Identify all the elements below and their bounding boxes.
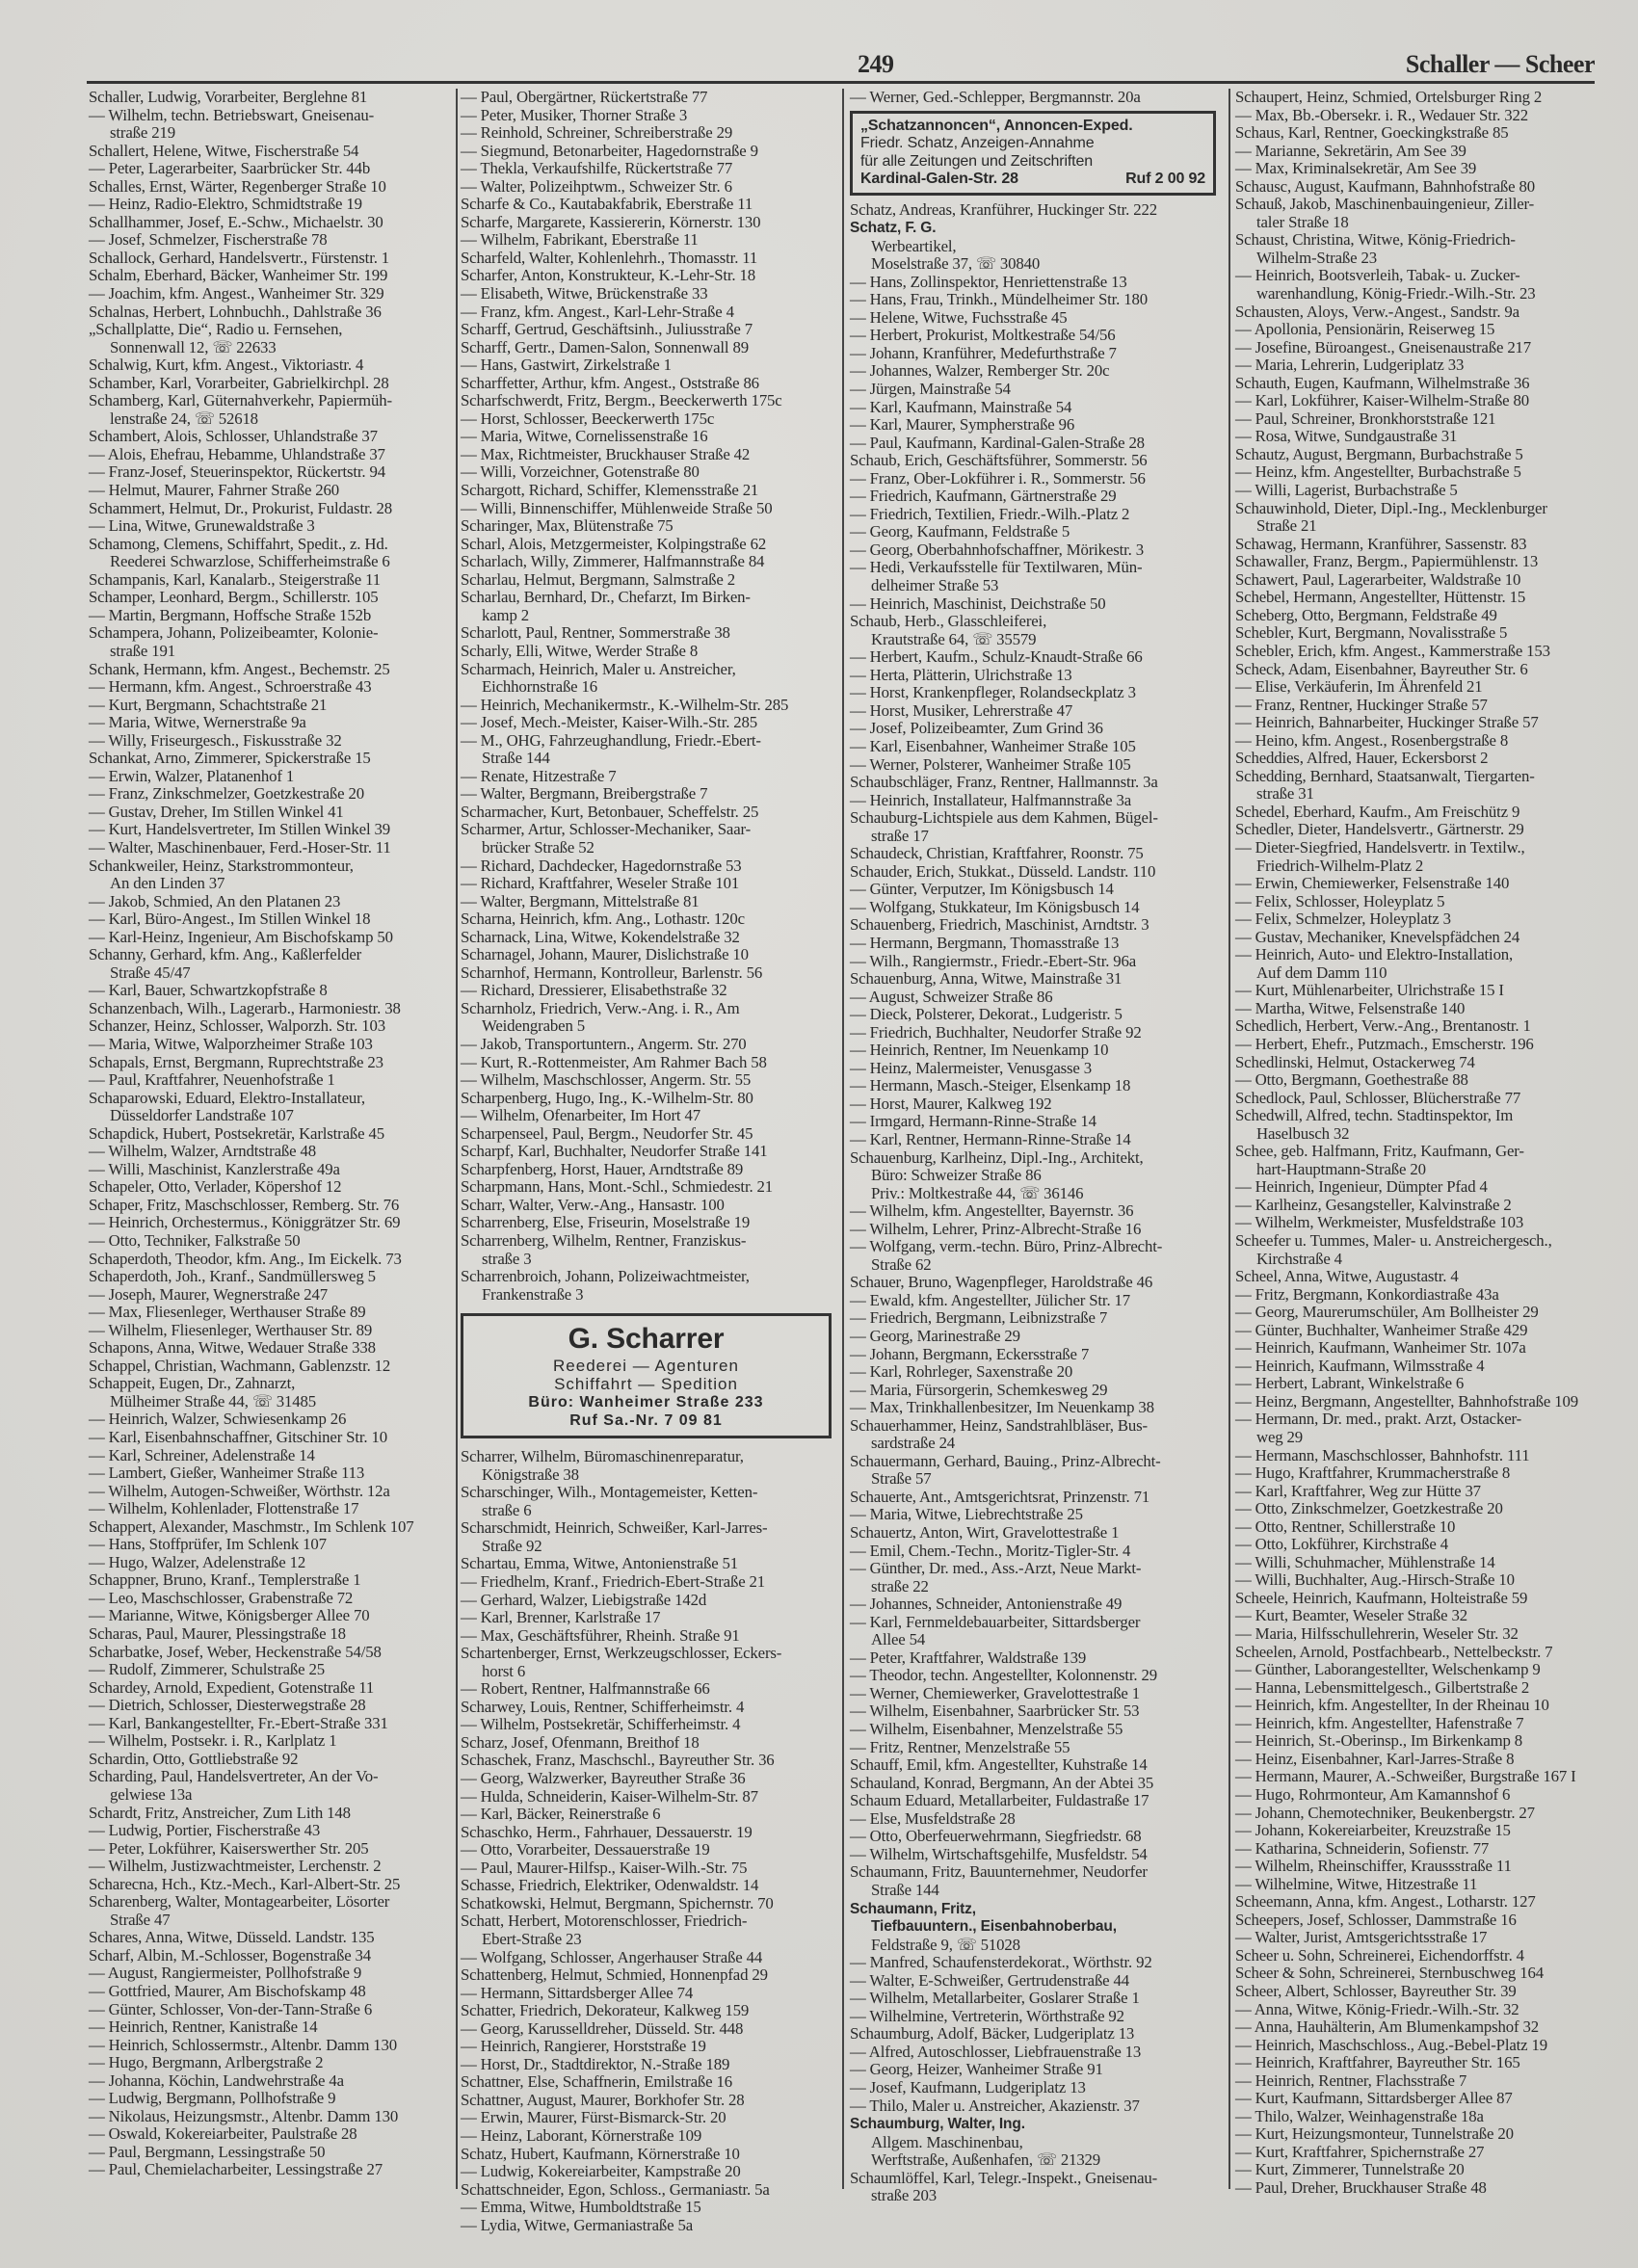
- directory-entry: — Franz, Rentner, Huckinger Straße 57: [1235, 697, 1606, 715]
- entry-text: — Willi, Lagerist, Burbachstraße 5: [1235, 481, 1458, 499]
- directory-entry: — Wilhelm, Postsekretär, Schifferheimstr…: [461, 1716, 832, 1734]
- directory-entry: Schawert, Paul, Lagerarbeiter, Waldstraß…: [1235, 571, 1606, 590]
- entry-text: — Max, Geschäftsführer, Rheinh. Straße 9…: [461, 1626, 740, 1645]
- column-4: Schaupert, Heinz, Schmied, Ortelsburger …: [1235, 89, 1606, 2198]
- directory-entry: — Rosa, Witwe, Sundgaustraße 31: [1235, 428, 1606, 446]
- directory-entry: Scheepers, Josef, Schlosser, Dammstraße …: [1235, 1912, 1606, 1930]
- directory-entry: Schamberg, Karl, Güternahverkehr, Papier…: [89, 392, 460, 428]
- directory-entry: — Fritz, Bergmann, Konkordiastraße 43a: [1235, 1286, 1606, 1305]
- directory-entry: — Heinz, Eisenbahner, Karl-Jarres-Straße…: [1235, 1751, 1606, 1769]
- directory-entry: — Wilhelm, kfm. Angestellter, Bayernstr.…: [850, 1202, 1216, 1221]
- directory-entry: — Hugo, Kraftfahrer, Krummacherstraße 8: [1235, 1464, 1606, 1483]
- entry-text: — Otto, Techniker, Falkstraße 50: [89, 1231, 301, 1250]
- entry-text: — Maria, Fürsorgerin, Schemkesweg 29: [850, 1381, 1107, 1399]
- entry-text: — Karl, Lokführer, Kaiser-Wilhelm-Straße…: [1235, 391, 1529, 409]
- entry-text: — Kurt, Kraftfahrer, Spichernstraße 27: [1235, 2143, 1484, 2161]
- directory-entry: — Horst, Maurer, Kalkweg 192: [850, 1095, 1216, 1114]
- entry-text: Schamper, Leonhard, Bergm., Schillerstr.…: [89, 588, 378, 606]
- entry-continuation: Allee 54: [850, 1631, 1216, 1649]
- entry-text: — Wilhelm, Eisenbahner, Saarbrücker Str.…: [850, 1701, 1139, 1720]
- directory-entry: Scheberg, Otto, Bergmann, Feldstraße 49: [1235, 607, 1606, 625]
- entry-text: Scharecna, Hch., Ktz.-Mech., Karl-Albert…: [89, 1875, 400, 1893]
- directory-entry: Schedlich, Herbert, Verw.-Ang., Brentano…: [1235, 1017, 1606, 1036]
- directory-entry: — Josef, Polizeibeamter, Zum Grind 36: [850, 720, 1216, 738]
- directory-entry: — Max, Richtmeister, Bruckhauser Straße …: [461, 446, 832, 464]
- entry-continuation: Sonnenwall 12, ☏ 22633: [89, 339, 460, 357]
- entry-text: Scharrer, Wilhelm, Büromaschinenreparatu…: [461, 1447, 744, 1465]
- directory-entry: — Wilhelm, Walzer, Arndtstraße 48: [89, 1143, 460, 1161]
- entry-text: Scharff, Gertr., Damen-Salon, Sonnenwall…: [461, 338, 749, 356]
- directory-entry: Schapons, Anna, Witwe, Wedauer Straße 33…: [89, 1339, 460, 1358]
- directory-entry-highlighted: Schatz, F. G.Werbeartikel,Moselstraße 37…: [850, 219, 1216, 274]
- entry-text: — August, Schweizer Straße 86: [850, 988, 1053, 1006]
- entry-text: — Paul, Chemielacharbeiter, Lessingstraß…: [89, 2160, 383, 2178]
- entry-text: — Josefine, Büroangest., Gneisenaustraße…: [1235, 338, 1531, 356]
- entry-text: — Theodor, techn. Angestellter, Kolonnen…: [850, 1666, 1157, 1684]
- entry-text: — Herbert, Ehefr., Putzmach., Emscherstr…: [1235, 1035, 1534, 1053]
- entry-text: Schauwinhold, Dieter, Dipl.-Ing., Meckle…: [1235, 499, 1547, 517]
- entry-text: Scheemann, Anna, kfm. Angest., Lotharstr…: [1235, 1892, 1536, 1911]
- entry-text: — Paul, Kaufmann, Kardinal-Galen-Straße …: [850, 434, 1145, 452]
- entry-continuation: Krautstraße 64, ☏ 35579: [850, 631, 1216, 649]
- directory-entry: — Maria, Witwe, Cornelissenstraße 16: [461, 428, 832, 446]
- directory-entry: — Joachim, kfm. Angest., Wanheimer Str. …: [89, 285, 460, 303]
- entry-text: — Helmut, Maurer, Fahrner Straße 260: [89, 481, 339, 499]
- directory-entry: Scharrenberg, Else, Friseurin, Moselstra…: [461, 1214, 832, 1232]
- entry-text: — Gerhard, Walzer, Liebigstraße 142d: [461, 1591, 706, 1609]
- entry-text: — Hermann, Maurer, A.-Schweißer, Burgstr…: [1235, 1767, 1576, 1785]
- directory-entry: Schaupert, Heinz, Schmied, Ortelsburger …: [1235, 89, 1606, 107]
- directory-entry: — Otto, Zinkschmelzer, Goetzkestraße 20: [1235, 1500, 1606, 1518]
- entry-text: Schappel, Christian, Wachmann, Gablenzst…: [89, 1357, 390, 1375]
- entry-text: — Kurt, Mühlenarbeiter, Ulrichstraße 15 …: [1235, 981, 1504, 999]
- entry-text: Scharmach, Heinrich, Maler u. Anstreiche…: [461, 660, 736, 678]
- directory-entry: Schankweiler, Heinz, Starkstrommonteur,A…: [89, 857, 460, 893]
- entry-text: Scharinger, Max, Blütenstraße 75: [461, 516, 674, 535]
- entry-text: Schaperdoth, Joh., Kranf., Sandmüllerswe…: [89, 1267, 376, 1285]
- directory-entry: — Paul, Dreher, Bruckhauser Straße 48: [1235, 2179, 1606, 2198]
- directory-entry: Schardt, Fritz, Anstreicher, Zum Lith 14…: [89, 1805, 460, 1823]
- entry-text: — Johanna, Köchin, Landwehrstraße 4a: [89, 2071, 344, 2090]
- directory-entry: Scheck, Adam, Eisenbahner, Bayreuther St…: [1235, 661, 1606, 679]
- directory-entry: Schamber, Karl, Vorarbeiter, Gabrielkirc…: [89, 375, 460, 393]
- entry-text: — Kurt, R.-Rottenmeister, Am Rahmer Bach…: [461, 1053, 767, 1071]
- entry-text: — Georg, Heizer, Wanheimer Straße 91: [850, 2060, 1103, 2078]
- header-rule: [87, 81, 1595, 84]
- directory-entry: — Günther, Dr. med., Ass.-Arzt, Neue Mar…: [850, 1560, 1216, 1596]
- directory-entry: Scharpf, Karl, Buchhalter, Neudorfer Str…: [461, 1143, 832, 1161]
- entry-text: — Thilo, Maler u. Anstreicher, Akazienst…: [850, 2097, 1140, 2115]
- entry-text: Schedlock, Paul, Schlosser, Blücherstraß…: [1235, 1089, 1520, 1107]
- entry-text: — Otto, Bergmann, Goethestraße 88: [1235, 1070, 1468, 1089]
- directory-entry: — Franz, Ober-Lokführer i. R., Sommerstr…: [850, 470, 1216, 488]
- entry-text: — Wilhelm, Autogen-Schweißer, Wörthstr. …: [89, 1482, 390, 1500]
- directory-entry: — Karl, Brenner, Karlstraße 17: [461, 1609, 832, 1627]
- directory-entry: — Wilhelm, Fliesenleger, Werthauser Str.…: [89, 1322, 460, 1340]
- directory-entry: Schee, geb. Halfmann, Fritz, Kaufmann, G…: [1235, 1143, 1606, 1178]
- directory-entry: Scharnhof, Hermann, Kontrolleur, Barlens…: [461, 964, 832, 983]
- entry-text: — Ludwig, Portier, Fischerstraße 43: [89, 1821, 320, 1839]
- entry-text: — Jürgen, Mainstraße 54: [850, 380, 1011, 398]
- directory-entry: — Wilhelm, Lehrer, Prinz-Albrecht-Straße…: [850, 1221, 1216, 1239]
- entry-text: Schauth, Eugen, Kaufmann, Wilhelmstraße …: [1235, 374, 1529, 392]
- entry-text: — Wilhelm, Metallarbeiter, Goslarer Stra…: [850, 1989, 1140, 2007]
- directory-entry: — Friedrich, Textilien, Friedr.-Wilh.-Pl…: [850, 506, 1216, 524]
- entry-continuation: Straße 21: [1235, 517, 1606, 536]
- entry-text: — Wilhelm, Eisenbahner, Menzelstraße 55: [850, 1720, 1123, 1738]
- entry-text: Scharfschwerdt, Fritz, Bergm., Beeckerwe…: [461, 391, 782, 409]
- entry-text: Schallert, Helene, Witwe, Fischerstraße …: [89, 142, 358, 160]
- entry-continuation: Ebert-Straße 23: [461, 1931, 832, 1949]
- directory-entry: — Otto, Vorarbeiter, Dessauerstraße 19: [461, 1841, 832, 1859]
- entry-text: Schardin, Otto, Gottliebstraße 92: [89, 1750, 298, 1768]
- directory-entry: Scharfschwerdt, Fritz, Bergm., Beeckerwe…: [461, 392, 832, 410]
- entry-text: Schaumlöffel, Karl, Telegr.-Inspekt., Gn…: [850, 2169, 1157, 2187]
- directory-entry: — Horst, Schlosser, Beeckerwerth 175c: [461, 410, 832, 429]
- entry-text: Schedding, Bernhard, Staatsanwalt, Tierg…: [1235, 767, 1535, 785]
- entry-text: — Herta, Plätterin, Ulrichstraße 13: [850, 666, 1072, 684]
- directory-entry: Schedwill, Alfred, techn. Stadtinspektor…: [1235, 1107, 1606, 1143]
- directory-entry: — Maria, Witwe, Wernerstraße 9a: [89, 714, 460, 732]
- directory-entry: — Reinhold, Schreiner, Schreiberstraße 2…: [461, 124, 832, 143]
- directory-entry: — Renate, Hitzestraße 7: [461, 768, 832, 786]
- entry-text: Schattschneider, Egon, Schloss., Germani…: [461, 2180, 770, 2199]
- entry-text: Scharz, Josef, Ofenmann, Breithof 18: [461, 1733, 700, 1752]
- directory-entry: Scharlau, Bernhard, Dr., Chefarzt, Im Bi…: [461, 589, 832, 624]
- entry-text: Scharlau, Bernhard, Dr., Chefarzt, Im Bi…: [461, 588, 751, 606]
- entry-text: Scharpmann, Hans, Mont.-Schl., Schmiedes…: [461, 1177, 773, 1196]
- entry-text: — Joachim, kfm. Angest., Wanheimer Str. …: [89, 284, 384, 303]
- entry-text: — Karl, Büro-Angest., Im Stillen Winkel …: [89, 910, 370, 928]
- entry-text: — Kurt, Kaufmann, Sittardsberger Allee 8…: [1235, 2089, 1513, 2107]
- entry-text: — Wilhelm, techn. Betriebswart, Gneisena…: [89, 106, 374, 124]
- entry-text: Schedlich, Herbert, Verw.-Ang., Brentano…: [1235, 1016, 1531, 1035]
- entry-text: Schauerhammer, Heinz, Sandstrahlbläser, …: [850, 1416, 1148, 1435]
- entry-text: — Fritz, Bergmann, Konkordiastraße 43a: [1235, 1285, 1499, 1304]
- entry-text: Schauß, Jakob, Maschinenbauingenieur, Zi…: [1235, 195, 1534, 213]
- entry-text: Scharwey, Louis, Rentner, Schifferheimst…: [461, 1698, 744, 1716]
- directory-entry: — Erwin, Walzer, Platanenhof 1: [89, 768, 460, 786]
- directory-entry: Schauenburg, Anna, Witwe, Mainstraße 31: [850, 970, 1216, 989]
- entry-text: Scharlach, Willy, Zimmerer, Halfmannstra…: [461, 552, 764, 570]
- entry-continuation: Straße 144: [461, 750, 832, 768]
- entry-text: Scharmer, Artur, Schlosser-Mechaniker, S…: [461, 820, 751, 838]
- entry-text: Scharas, Paul, Maurer, Plessingstraße 18: [89, 1624, 346, 1643]
- directory-entry: Scharff, Gertrud, Geschäftsinh., Juliuss…: [461, 321, 832, 339]
- entry-text: Schalm, Eberhard, Bäcker, Wanheimer Str.…: [89, 266, 387, 284]
- entry-text: — Hedi, Verkaufsstelle für Textilwaren, …: [850, 558, 1142, 576]
- entry-text: Scharmacher, Kurt, Betonbauer, Scheffels…: [461, 803, 758, 821]
- directory-entry: — Wilhelm, Eisenbahner, Saarbrücker Str.…: [850, 1702, 1216, 1721]
- entry-text: — Herbert, Kaufm., Schulz-Knaudt-Straße …: [850, 647, 1143, 666]
- directory-entry: Scharrer, Wilhelm, Büromaschinenreparatu…: [461, 1448, 832, 1484]
- directory-entry: Scharinger, Max, Blütenstraße 75: [461, 517, 832, 536]
- directory-entry: — Emma, Witwe, Humboldtstraße 15: [461, 2199, 832, 2217]
- entry-continuation: Auf dem Damm 110: [1235, 964, 1606, 983]
- directory-entry: — Hans, Zollinspektor, Henriettenstraße …: [850, 274, 1216, 292]
- directory-entry: — Peter, Musiker, Thorner Straße 3: [461, 107, 832, 125]
- directory-entry: Schappert, Alexander, Maschmstr., Im Sch…: [89, 1518, 460, 1537]
- directory-entry: Schank, Hermann, kfm. Angest., Bechemstr…: [89, 661, 460, 679]
- directory-entry: — Karl, Eisenbahnschaffner, Gitschiner S…: [89, 1429, 460, 1447]
- directory-entry: — Friedrich, Kaufmann, Gärtnerstraße 29: [850, 488, 1216, 506]
- entry-continuation: hart-Hauptmann-Straße 20: [1235, 1161, 1606, 1179]
- entry-text: Schaudeck, Christian, Kraftfahrer, Roons…: [850, 844, 1144, 862]
- column-1: Schaller, Ludwig, Vorarbeiter, Berglehne…: [89, 89, 460, 2179]
- directory-entry: — M., OHG, Fahrzeughandlung, Friedr.-Ebe…: [461, 732, 832, 768]
- entry-text: — Hermann, kfm. Angest., Schroerstraße 4…: [89, 677, 372, 696]
- entry-text: — Franz, kfm. Angest., Karl-Lehr-Straße …: [461, 303, 734, 321]
- entry-text: — Hans, Stoffprüfer, Im Schlenk 107: [89, 1535, 327, 1553]
- entry-text: — Heinrich, Bootsverleih, Tabak- u. Zuck…: [1235, 266, 1520, 284]
- entry-text: — Maria, Hilfsschullehrerin, Weseler Str…: [1235, 1624, 1519, 1643]
- entry-text: — Otto, Lokführer, Kirchstraße 4: [1235, 1535, 1448, 1553]
- directory-entry: — Wilhelm, Ofenarbeiter, Im Hort 47: [461, 1107, 832, 1125]
- entry-text: — Jakob, Transportuntern., Angerm. Str. …: [461, 1035, 747, 1053]
- entry-text: — Karl, Bäcker, Reinerstraße 6: [461, 1805, 660, 1823]
- entry-text: — Kurt, Bergmann, Schachtstraße 21: [89, 696, 327, 714]
- entry-text: — Else, Musfeldstraße 28: [850, 1809, 1016, 1828]
- entry-text: — Marianne, Sekretärin, Am See 39: [1235, 142, 1466, 160]
- entry-text: — Wilhelm, Rheinschiffer, Kraussstraße 1…: [1235, 1857, 1512, 1875]
- directory-entry: — Richard, Dachdecker, Hagedornstraße 53: [461, 857, 832, 876]
- entry-text: — Wilhelmine, Vertreterin, Wörthstraße 9…: [850, 2007, 1124, 2025]
- directory-entry: Schauwinhold, Dieter, Dipl.-Ing., Meckle…: [1235, 500, 1606, 536]
- entry-text: — Wilhelm, Walzer, Arndtstraße 48: [89, 1142, 316, 1160]
- directory-entry: „Schallplatte, Die“, Radio u. Fernsehen,…: [89, 321, 460, 356]
- directory-entry: — Josef, Mech.-Meister, Kaiser-Wilh.-Str…: [461, 714, 832, 732]
- directory-entry: Scharna, Heinrich, kfm. Ang., Lothastr. …: [461, 910, 832, 929]
- entry-continuation: Straße 57: [850, 1470, 1216, 1489]
- entry-text: — Rudolf, Zimmerer, Schulstraße 25: [89, 1660, 325, 1678]
- entry-text: — Heinrich, St.-Oberinsp., Im Birkenkamp…: [1235, 1731, 1522, 1750]
- entry-text: Schebel, Hermann, Angestellter, Hüttenst…: [1235, 588, 1525, 606]
- directory-entry: — Wilhelm, Postsekr. i. R., Karlplatz 1: [89, 1732, 460, 1751]
- directory-entry: Scheddies, Alfred, Hauer, Eckersborst 2: [1235, 750, 1606, 768]
- entry-text: Scheefer u. Tummes, Maler- u. Anstreiche…: [1235, 1231, 1552, 1250]
- directory-entry: Schamper, Leonhard, Bergm., Schillerstr.…: [89, 589, 460, 607]
- directory-entry: — Helene, Witwe, Fuchsstraße 45: [850, 309, 1216, 328]
- entry-text: Scharschmidt, Heinrich, Schweißer, Karl-…: [461, 1518, 767, 1537]
- entry-text: — Heinz, Malermeister, Venusgasse 3: [850, 1059, 1092, 1077]
- entry-text: — Joseph, Maurer, Wegnerstraße 247: [89, 1285, 328, 1304]
- entry-text: — Peter, Lagerarbeiter, Saarbrücker Str.…: [89, 159, 370, 177]
- directory-entry: — Günther, Laborangestellter, Welschenka…: [1235, 1661, 1606, 1679]
- entry-text: — Wilhelm, kfm. Angestellter, Bayernstr.…: [850, 1201, 1133, 1220]
- directory-entry: Scheelen, Arnold, Postfachbearb., Nettel…: [1235, 1644, 1606, 1662]
- directory-entry: — Wilhelm, Autogen-Schweißer, Wörthstr. …: [89, 1483, 460, 1501]
- directory-entry: Schattenberg, Helmut, Schmied, Honnenpfa…: [461, 1966, 832, 1985]
- entry-text: — Peter, Kraftfahrer, Waldstraße 139: [850, 1648, 1086, 1667]
- directory-entry: Schaum Eduard, Metallarbeiter, Fuldastra…: [850, 1792, 1216, 1810]
- directory-entry: — Paul, Kraftfahrer, Neuenhofstraße 1: [89, 1071, 460, 1090]
- directory-entry: — Elisabeth, Witwe, Brückenstraße 33: [461, 285, 832, 303]
- entry-continuation: Werftstraße, Außenhafen, ☏ 21329: [850, 2151, 1216, 2170]
- entry-continuation: Düsseldorfer Landstraße 107: [89, 1107, 460, 1125]
- directory-entry: Scharrenberg, Wilhelm, Rentner, Franzisk…: [461, 1232, 832, 1268]
- directory-entry: — Irmgard, Hermann-Rinne-Straße 14: [850, 1113, 1216, 1131]
- entry-text: Schatkowski, Helmut, Bergmann, Spicherns…: [461, 1894, 774, 1912]
- directory-entry: Scharfe & Co., Kautabakfabrik, Eberstraß…: [461, 196, 832, 214]
- entry-text: — Maria, Witwe, Cornelissenstraße 16: [461, 427, 707, 445]
- directory-entry: Scharmacher, Kurt, Betonbauer, Scheffels…: [461, 804, 832, 822]
- entry-text: — Wilhelm, Werkmeister, Musfeldstraße 10…: [1235, 1213, 1523, 1231]
- ad-line: Friedr. Schatz, Anzeigen-Annahme: [860, 135, 1205, 153]
- directory-entry: — Paul, Bergmann, Lessingstraße 50: [89, 2144, 460, 2162]
- entry-text: — Max, Fliesenleger, Werthauser Straße 8…: [89, 1303, 365, 1321]
- entry-text: Scharnack, Lina, Witwe, Kokendelstraße 3…: [461, 928, 740, 946]
- entry-text: — Heinrich, Rentner, Im Neuenkamp 10: [850, 1041, 1108, 1059]
- directory-entry: Schaubschläger, Franz, Rentner, Hallmann…: [850, 774, 1216, 792]
- entry-text: Schaupert, Heinz, Schmied, Ortelsburger …: [1235, 88, 1542, 106]
- entry-text: Schaust, Christina, Witwe, König-Friedri…: [1235, 230, 1516, 249]
- entry-continuation: brücker Straße 52: [461, 839, 832, 857]
- directory-entry: Scharffetter, Arthur, kfm. Angest., Osts…: [461, 375, 832, 393]
- directory-entry: — Hugo, Rohrmonteur, Am Kamannshof 6: [1235, 1786, 1606, 1805]
- directory-entry: — Heinz, Bergmann, Angestellter, Bahnhof…: [1235, 1393, 1606, 1411]
- entry-text: Scharnholz, Friedrich, Verw.-Ang. i. R.,…: [461, 999, 740, 1017]
- entry-text: — Karl, Bankangestellter, Fr.-Ebert-Stra…: [89, 1714, 388, 1732]
- entry-text: — Wilhelm, Postsekr. i. R., Karlplatz 1: [89, 1731, 336, 1750]
- entry-text: Schee, geb. Halfmann, Fritz, Kaufmann, G…: [1235, 1142, 1524, 1160]
- entry-text: — Gustav, Mechaniker, Knevelspfädchen 24: [1235, 928, 1519, 946]
- entry-continuation: Büro: Schweizer Straße 86: [850, 1167, 1216, 1185]
- directory-entry: Schebel, Hermann, Angestellter, Hüttenst…: [1235, 589, 1606, 607]
- entry-text: — Karl, Fernmeldebauarbeiter, Sittardsbe…: [850, 1613, 1140, 1631]
- directory-entry: — Georg, Walzwerker, Bayreuther Straße 3…: [461, 1770, 832, 1788]
- directory-entry: — Walter, Jurist, Amtsgerichtsstraße 17: [1235, 1929, 1606, 1947]
- entry-text: — Werner, Chemiewerker, Gravelottestraße…: [850, 1684, 1140, 1702]
- directory-entry: Scharr, Walter, Verw.-Ang., Hansastr. 10…: [461, 1197, 832, 1215]
- entry-text: — Erwin, Chemiewerker, Felsenstraße 140: [1235, 874, 1509, 892]
- directory-entry: Scharecna, Hch., Ktz.-Mech., Karl-Albert…: [89, 1876, 460, 1894]
- directory-page: 249 Schaller — Scheer Schaller, Ludwig, …: [0, 0, 1638, 2268]
- entry-text: — Dietrich, Schlosser, Diesterwegstraße …: [89, 1696, 366, 1714]
- entry-text: — Apollonia, Pensionärin, Reiserweg 15: [1235, 320, 1494, 338]
- directory-entry: — Willi, Binnenschiffer, Mühlenweide Str…: [461, 500, 832, 518]
- entry-text: — Heinrich, Rentner, Kanistraße 14: [89, 2017, 317, 2036]
- entry-text: — Karl, Kaufmann, Mainstraße 54: [850, 398, 1071, 416]
- directory-entry: — Ludwig, Portier, Fischerstraße 43: [89, 1822, 460, 1840]
- entry-text: — Heino, kfm. Angest., Rosenbergstraße 8: [1235, 731, 1508, 750]
- entry-text: — Richard, Kraftfahrer, Weseler Straße 1…: [461, 874, 739, 892]
- entry-text: Scharlau, Helmut, Bergmann, Salmstraße 2: [461, 570, 735, 589]
- entry-text: Schank, Hermann, kfm. Angest., Bechemstr…: [89, 660, 390, 678]
- directory-entry: — Kurt, Mühlenarbeiter, Ulrichstraße 15 …: [1235, 982, 1606, 1000]
- entry-text: Scharf, Albin, M.-Schlosser, Bogenstraße…: [89, 1946, 371, 1965]
- directory-entry: — Martin, Bergmann, Hoffsche Straße 152b: [89, 607, 460, 625]
- directory-entry: — Gottfried, Maurer, Am Bischofskamp 48: [89, 1983, 460, 2001]
- entry-text: Scharrenberg, Wilhelm, Rentner, Franzisk…: [461, 1231, 746, 1250]
- directory-entry: — Josef, Schmelzer, Fischerstraße 78: [89, 231, 460, 250]
- entry-text: — Erwin, Maurer, Fürst-Bismarck-Str. 20: [461, 2108, 726, 2126]
- directory-entry: Schauer, Bruno, Wagenpfleger, Haroldstra…: [850, 1274, 1216, 1292]
- directory-entry: Scharlott, Paul, Rentner, Sommerstraße 3…: [461, 624, 832, 643]
- column-3: — Werner, Ged.-Schlepper, Bergmannstr. 2…: [850, 89, 1216, 2205]
- entry-text: — Heinrich, Mechanikermstr., K.-Wilhelm-…: [461, 696, 788, 714]
- entry-text: Scheberg, Otto, Bergmann, Feldstraße 49: [1235, 606, 1497, 624]
- entry-continuation: Wilhelm-Straße 23: [1235, 250, 1606, 268]
- entry-text: — Georg, Maurerumschüler, Am Bollheister…: [1235, 1303, 1539, 1321]
- entry-text: — Willi, Buchhalter, Aug.-Hirsch-Straße …: [1235, 1570, 1515, 1589]
- directory-entry: — Heinrich, Installateur, Halfmannstraße…: [850, 792, 1216, 810]
- directory-entry: — Werner, Polsterer, Wanheimer Straße 10…: [850, 756, 1216, 775]
- entry-text: Schapdick, Hubert, Postsekretär, Karlstr…: [89, 1124, 384, 1143]
- entry-text: Schaschko, Herm., Fahrhauer, Dessauerstr…: [461, 1823, 753, 1841]
- entry-text: — Walter, Bergmann, Mittelstraße 81: [461, 892, 700, 910]
- directory-entry: — Karl, Kraftfahrer, Weg zur Hütte 37: [1235, 1483, 1606, 1501]
- directory-entry: — Jakob, Schmied, An den Platanen 23: [89, 893, 460, 911]
- entry-continuation: Königstraße 38: [461, 1466, 832, 1485]
- entry-continuation: straße 6: [461, 1502, 832, 1520]
- entry-text: Schalwig, Kurt, kfm. Angest., Viktoriast…: [89, 356, 363, 374]
- directory-entry: — Karl, Maurer, Sympherstraße 96: [850, 416, 1216, 435]
- directory-entry: — Kurt, Handelsvertreter, Im Stillen Win…: [89, 821, 460, 839]
- entry-text: Schaus, Karl, Rentner, Goeckingkstraße 8…: [1235, 123, 1509, 142]
- entry-text: — Karl, Maurer, Sympherstraße 96: [850, 415, 1074, 434]
- entry-text: — Maria, Witwe, Wernerstraße 9a: [89, 713, 306, 731]
- entry-text: — Walter, Maschinenbauer, Ferd.-Hoser-St…: [89, 838, 391, 857]
- entry-continuation: Straße 45/47: [89, 964, 460, 983]
- entry-text: — Wilhelm, Postsekretär, Schifferheimstr…: [461, 1715, 740, 1733]
- entry-continuation: Weidengraben 5: [461, 1017, 832, 1036]
- entry-text: Schautz, August, Bergmann, Burbachstraße…: [1235, 445, 1523, 463]
- directory-entry: Schapals, Ernst, Bergmann, Ruprechtstraß…: [89, 1054, 460, 1072]
- entry-text: Schanzenbach, Wilh., Lagerarb., Harmonie…: [89, 999, 401, 1017]
- entry-text: Scheel, Anna, Witwe, Augustastr. 4: [1235, 1267, 1459, 1285]
- entry-text: Scharpenseel, Paul, Bergm., Neudorfer St…: [461, 1124, 753, 1143]
- entry-text: — Otto, Oberfeuerwehrmann, Siegfriedstr.…: [850, 1827, 1142, 1845]
- directory-entry: Schattner, August, Maurer, Borkhofer Str…: [461, 2092, 832, 2110]
- ad-line: Reederei — Agenturen: [471, 1357, 821, 1375]
- directory-entry: — Wilhelm, Metallarbeiter, Goslarer Stra…: [850, 1990, 1216, 2008]
- entry-text: — Paul, Dreher, Bruckhauser Straße 48: [1235, 2178, 1487, 2197]
- entry-text: — Kurt, Beamter, Weseler Straße 32: [1235, 1606, 1467, 1624]
- entry-text: Schaller, Ludwig, Vorarbeiter, Berglehne…: [89, 88, 367, 106]
- directory-entry: — Johann, Kranführer, Medefurthstraße 7: [850, 345, 1216, 363]
- directory-entry: Schatkowski, Helmut, Bergmann, Spicherns…: [461, 1895, 832, 1913]
- directory-entry: Schaller, Ludwig, Vorarbeiter, Berglehne…: [89, 89, 460, 107]
- entry-text: — Franz, Rentner, Huckinger Straße 57: [1235, 696, 1488, 714]
- entry-text: Schaumann, Fritz, Bauunternehmer, Neudor…: [850, 1862, 1148, 1881]
- entry-text: Scheer & Sohn, Schreinerei, Sternbuschwe…: [1235, 1964, 1544, 1982]
- entry-text: Scharna, Heinrich, kfm. Ang., Lothastr. …: [461, 910, 745, 928]
- entry-text: — Ewald, kfm. Angestellter, Jülicher Str…: [850, 1291, 1130, 1309]
- entry-text: — Heinrich, Ingenieur, Dümpter Pfad 4: [1235, 1177, 1488, 1196]
- directory-entry: — Heinrich, Bootsverleih, Tabak- u. Zuck…: [1235, 267, 1606, 303]
- directory-entry: — Apollonia, Pensionärin, Reiserweg 15: [1235, 321, 1606, 339]
- entry-text: Schauland, Konrad, Bergmann, An der Abte…: [850, 1774, 1153, 1792]
- directory-entry: — Karl, Bankangestellter, Fr.-Ebert-Stra…: [89, 1715, 460, 1733]
- entry-text: Schauenburg, Karlheinz, Dipl.-Ing., Arch…: [850, 1148, 1144, 1167]
- directory-entry: — Oswald, Kokereiarbeiter, Paulstraße 28: [89, 2125, 460, 2144]
- entry-text: — Wilhelm, Wirtschaftsgehilfe, Musfeldst…: [850, 1845, 1148, 1863]
- directory-entry: Scharpenberg, Hugo, Ing., K.-Wilhelm-Str…: [461, 1090, 832, 1108]
- directory-entry: Scheer u. Sohn, Schreinerei, Eichendorff…: [1235, 1947, 1606, 1965]
- directory-entry: Schatz, Hubert, Kaufmann, Körnerstraße 1…: [461, 2146, 832, 2164]
- directory-entry: — Helmut, Maurer, Fahrner Straße 260: [89, 482, 460, 500]
- entry-text: — Friedrich, Kaufmann, Gärtnerstraße 29: [850, 487, 1117, 505]
- directory-entry: — Wilhelm, Maschschlosser, Angerm. Str. …: [461, 1071, 832, 1090]
- entry-text: Schares, Anna, Witwe, Düsseld. Landstr. …: [89, 1928, 374, 1946]
- directory-entry: — Hedi, Verkaufsstelle für Textilwaren, …: [850, 559, 1216, 594]
- entry-text: Schamberg, Karl, Güternahverkehr, Papier…: [89, 391, 392, 409]
- entry-text: — Karl, Brenner, Karlstraße 17: [461, 1608, 660, 1626]
- directory-entry: — Herbert, Kaufm., Schulz-Knaudt-Straße …: [850, 648, 1216, 667]
- directory-entry: — Kurt, Beamter, Weseler Straße 32: [1235, 1607, 1606, 1625]
- directory-entry: Scheefer u. Tummes, Maler- u. Anstreiche…: [1235, 1232, 1606, 1268]
- directory-entry: Schaust, Christina, Witwe, König-Friedri…: [1235, 231, 1606, 267]
